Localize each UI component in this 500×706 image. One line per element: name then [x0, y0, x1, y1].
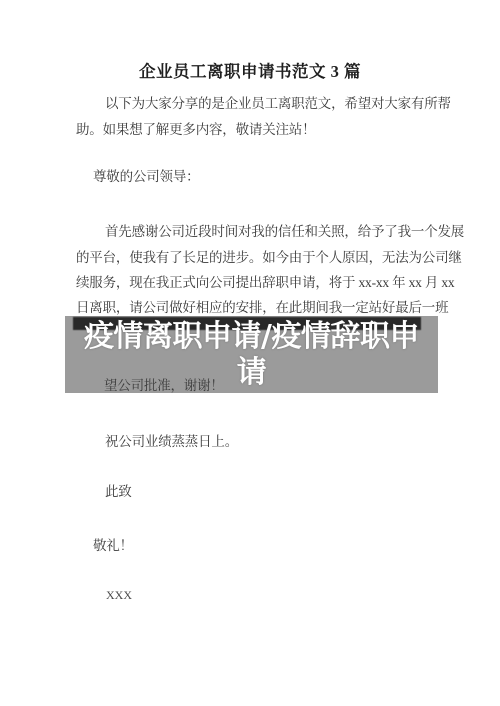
salutation-line: 尊敬的公司领导：	[93, 169, 199, 185]
closing-cizhi-line: 此致	[105, 484, 132, 500]
wish-line: 祝公司业绩蒸蒸日上。	[105, 434, 238, 450]
body-line-2: 的平台，使我有了长足的进步。如今由于个人原因，无法为公司继	[76, 250, 462, 266]
banner-title-line-2: 请	[65, 355, 438, 391]
document-page: 企业员工离职申请书范文 3 篇 以下为大家分享的是企业员工离职范文，希望对大家有…	[0, 0, 500, 706]
banner-title: 疫情离职申请/疫情辞职申 请	[65, 319, 438, 391]
intro-line-2: 助。如果想了解更多内容，敬请关注站！	[76, 122, 315, 138]
body-line-4: 日离职，请公司做好相应的安排，在此期间我一定站好最后一班	[76, 300, 448, 316]
body-line-1: 首先感谢公司近段时间对我的信任和关照，给予了我一个发展	[105, 224, 464, 240]
signature-line: XXX	[106, 589, 132, 603]
intro-line-1: 以下为大家分享的是企业员工离职范文，希望对大家有所帮	[105, 96, 451, 112]
body-line-3: 续服务，现在我正式向公司提出辞职申请，将于 xx-xx 年 xx 月 xx	[76, 275, 454, 291]
banner-title-line-1: 疫情离职申请/疫情辞职申	[65, 319, 438, 355]
closing-jingli-line: 敬礼！	[93, 538, 133, 554]
document-title: 企业员工离职申请书范文 3 篇	[0, 64, 500, 81]
